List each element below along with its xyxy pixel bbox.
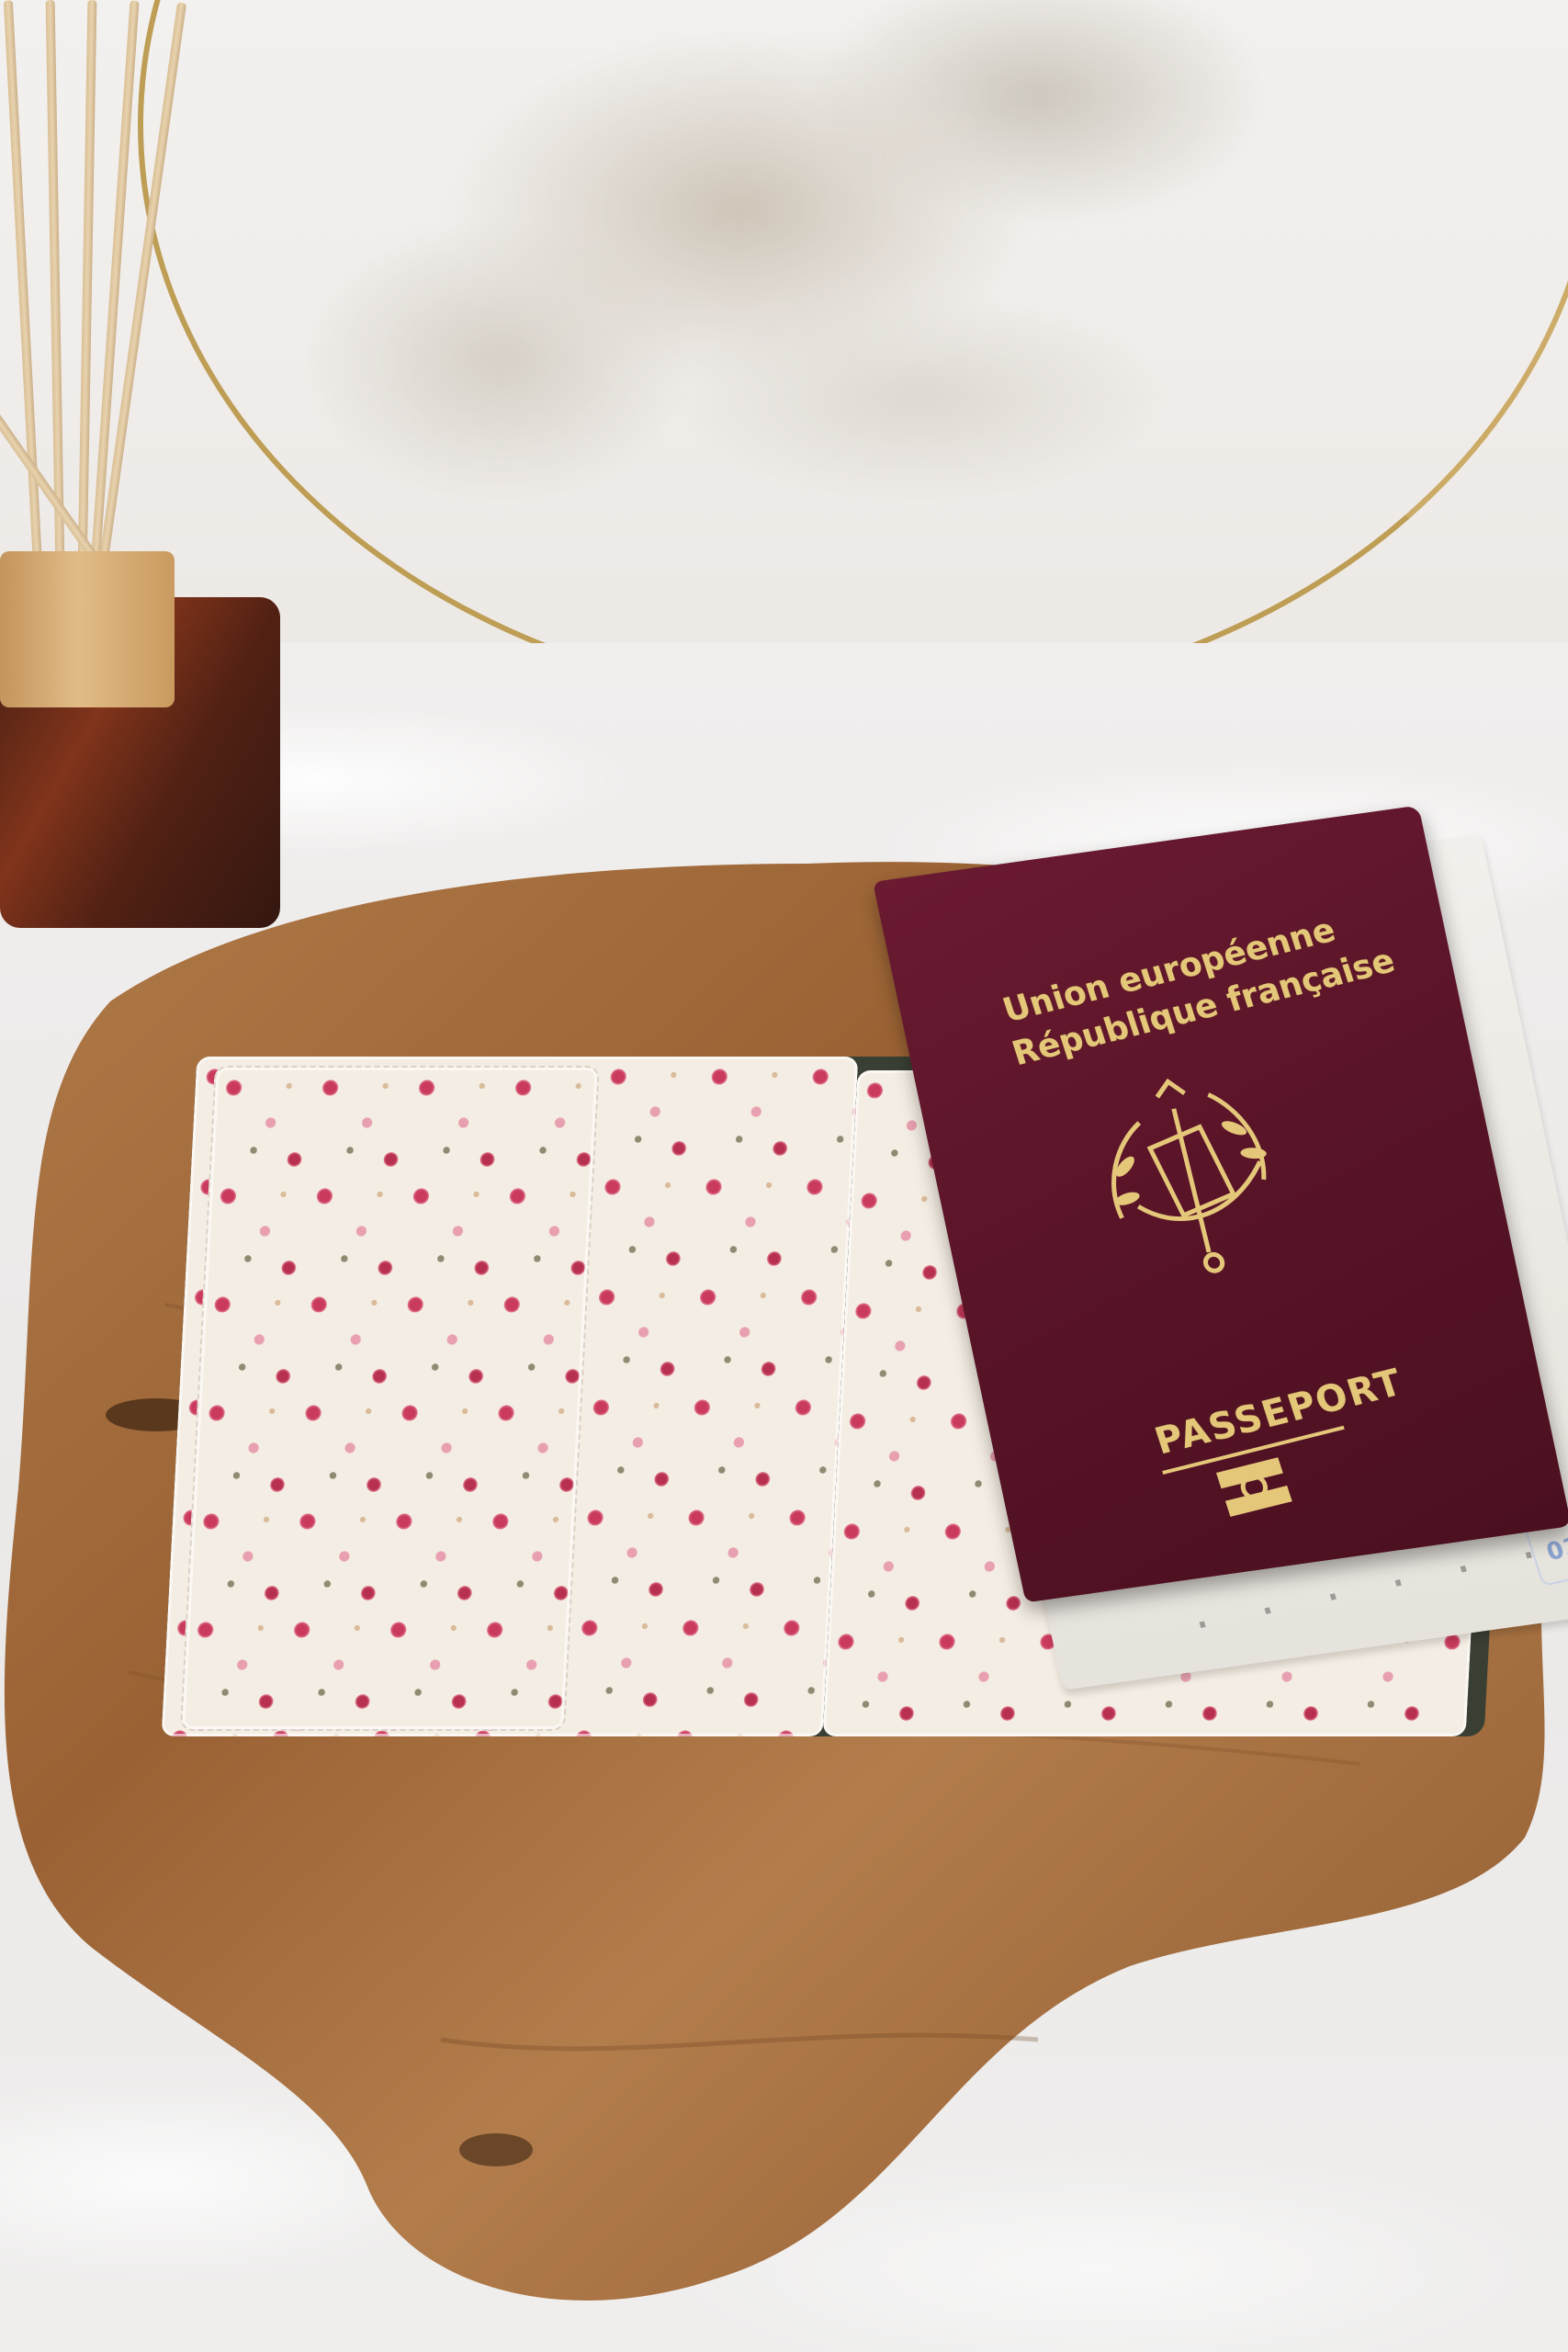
card-pocket	[180, 1066, 600, 1731]
wooden-cap	[0, 551, 175, 707]
reed-diffuser	[0, 0, 184, 588]
french-coat-of-arms-icon	[1066, 1058, 1311, 1294]
product-photo: · · · · · · · 01 Union européenne Républ…	[0, 0, 1568, 2352]
passport-title: PASSEPORT	[1150, 1362, 1408, 1464]
biometric-chip-icon	[1216, 1457, 1292, 1517]
reed-stick	[78, 0, 97, 570]
